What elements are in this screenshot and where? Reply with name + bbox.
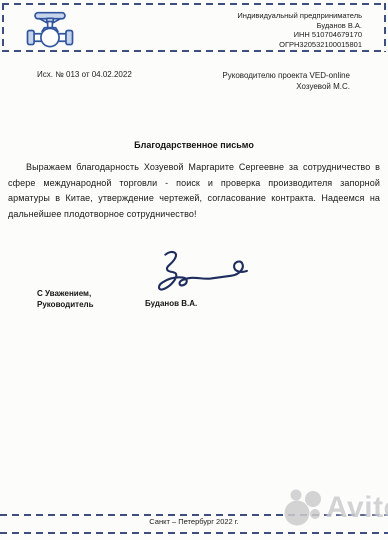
valve-icon — [20, 11, 80, 49]
outgoing-number: Исх. № 013 от 04.02.2022 — [37, 70, 132, 80]
footer-band-bottom-rule — [0, 532, 388, 534]
handwritten-signature — [140, 246, 255, 292]
header-band-bottom-rule — [2, 50, 386, 52]
header-band-top-rule — [2, 3, 386, 5]
footer-band-top-rule — [0, 514, 388, 516]
letterhead-requisites: Индивидуальный предприниматель Буданов В… — [142, 11, 362, 49]
closing-regards: С Уважением, — [37, 288, 94, 299]
addressee-line1: Руководителю проекта VED-online — [222, 70, 350, 81]
org-ogrn: ОГРН320532100015801 — [142, 40, 362, 50]
closing-position: Руководитель — [37, 299, 94, 310]
org-type: Индивидуальный предприниматель — [142, 11, 362, 21]
letter-body: Выражаем благодарность Хозуевой Маргарит… — [8, 160, 380, 222]
org-inn: ИНН 510704679170 — [142, 30, 362, 40]
header-band-left-rule — [2, 3, 4, 52]
header-band-right-rule — [384, 3, 386, 52]
addressee-block: Руководителю проекта VED-online Хозуевой… — [222, 70, 350, 92]
closing-block: С Уважением, Руководитель — [37, 288, 94, 310]
addressee-line2: Хозуевой М.С. — [222, 81, 350, 92]
letter-title: Благодарственное письмо — [0, 140, 388, 150]
signatory-name: Буданов В.А. — [145, 299, 197, 308]
footer-place-line: Санкт – Петербург 2022 г. — [0, 517, 388, 526]
org-name: Буданов В.А. — [142, 21, 362, 31]
